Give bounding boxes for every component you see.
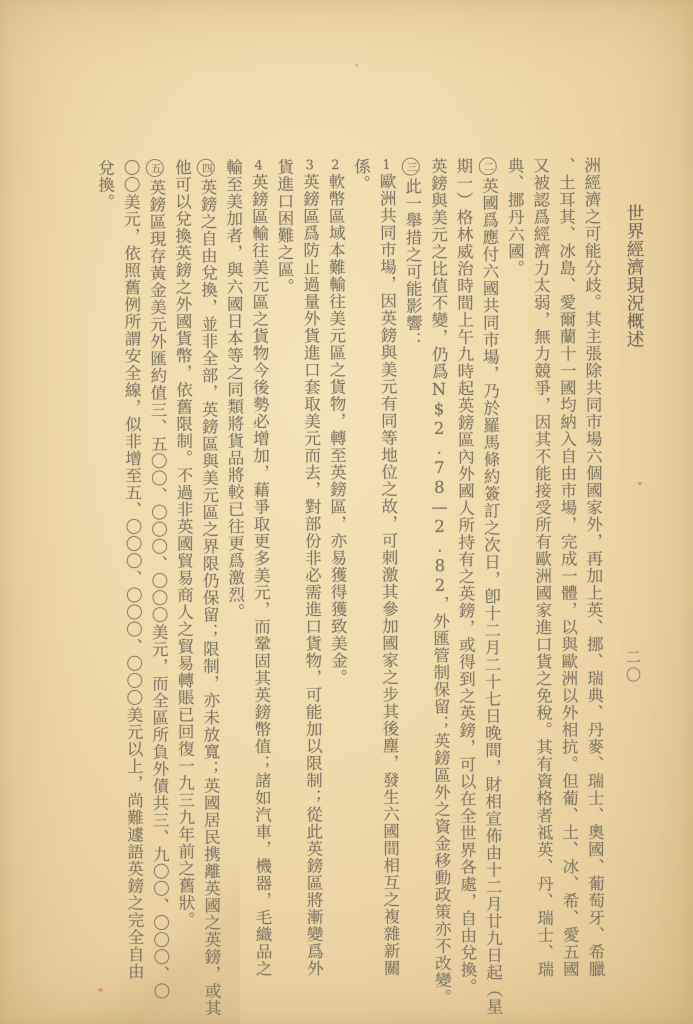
column-text: 英國爲應付六國共同市場，乃於羅馬條約簽訂之次日，卽十二月二十七日晚間，財相宣佈由… [479,177,502,1015]
item-number: 4 [251,158,266,173]
text-column: 貨進口困難之區。 [271,158,301,1022]
page-number: 二〇 [623,649,644,685]
text-column: 1歐洲共同市場，因英鎊與美元有同等地位之故，可刺激其參加國家之步其後塵，發生六國… [373,158,403,1022]
text-column: 三此一舉措之可能影響： [399,158,429,1022]
text-column: 輸至美加者，與六國日本等之同類將貨品將較已往更爲激烈。 [220,159,250,1023]
paper-speck [638,482,642,485]
column-text: 典、挪丹六國。 [505,157,525,277]
column-text: 、土耳其、冰島、愛爾蘭十一國均納入自由市場，完成一體，以與歐洲以外相抗。但葡、土… [556,157,579,978]
column-text: 英鎊與美元之比值不變，仍爲N$2.78—2.82，外匯管制保留；英鎊區外之資金移… [428,157,451,1005]
text-columns: 洲經濟之可能分歧。其主張除共同市場六個國家外，再加上英、挪、瑞典、丹麥、瑞士、奧… [92,157,609,1024]
item-number: 2 [328,158,343,173]
column-text: 貨進口困難之區。 [275,158,295,295]
column-text: 英鎊之自由兌換，並非全部，英鎊區與美元區之界限仍保留；限制，亦未放寬；英國居民携… [198,179,221,1017]
column-text: 輸至美加者，與六國日本等之同類將貨品將較已往更爲激烈。 [223,159,244,621]
text-column: 係。 [348,158,378,1022]
text-column: 又被認爲經濟力太弱，無力競爭，因其不能接受所有歐洲國家進口貨之免稅。其有資格者祗… [527,157,557,1021]
section-marker: 四 [197,159,215,177]
column-text: 英鎊區現存黃金美元外匯約值三、五〇〇、〇〇〇、〇〇〇美元，而全區所負外債共三、九… [147,179,170,1000]
item-number: 1 [379,158,394,173]
section-marker: 五 [146,159,164,177]
column-text: 洲經濟之可能分歧。其主張除共同市場六個國家外，再加上英、挪、瑞典、丹麥、瑞士、奧… [582,157,605,978]
document-title: 世界經濟現況概述 [622,204,647,348]
column-text: 此一舉措之可能影響： [403,178,423,349]
column-text: 又被認爲經濟力太弱，無力競爭，因其不能接受所有歐洲國家進口貨之免稅。其有資格者祗… [531,157,554,978]
column-text: 係。 [351,158,370,192]
section-marker: 二 [478,157,496,175]
text-column: 3英鎊區爲防止過量外貨進口套取美元而去，對部份非必需進口貨物，可能加以限制；從此… [297,158,327,1022]
column-text: 他可以兌換英鎊之外國貨幣，依舊限制。不過非英國貿易商人之貿易轉賬已回復一九三九年… [172,159,195,929]
paper-speck [355,64,358,67]
text-column: 洲經濟之可能分歧。其主張除共同市場六個國家外，再加上英、挪、瑞典、丹麥、瑞士、奧… [578,157,608,1021]
column-text: 英鎊區輸往美元區之貨物今後勢必增加，藉爭取更多美元，而鞏固其英鎊幣值；諸如汽車，… [249,173,272,977]
column-text: 英鎊區爲防止過量外貨進口套取美元而去，對部份非必需進口貨物，可能加以限制；從此英… [300,173,323,977]
section-marker: 三 [402,158,420,176]
column-text: 軟幣區域本難輸往美元區之貨物，轉至英鎊區，亦易獲得獲致美金。 [326,173,348,686]
column-text: 期一）格林威治時間上午九時起英鎊區內外國人所持有之英鎊，或得到之英鎊，可以在全世… [454,157,477,995]
text-column: 2軟幣區域本難輸往美元區之貨物，轉至英鎊區，亦易獲得獲致美金。 [322,158,352,1022]
text-column: 〇〇美元，依照舊例所謂安全線，似非增至五、〇〇〇、〇〇〇、〇〇〇美元以上，尚難遽… [117,159,147,1023]
text-column: 英鎊與美元之比值不變，仍爲N$2.78—2.82，外匯管制保留；英鎊區外之資金移… [425,157,455,1021]
scanned-document-page: 世界經濟現況概述 二〇 洲經濟之可能分歧。其主張除共同市場六個國家外，再加上英、… [0,0,693,1024]
column-text: 兌換。 [95,159,114,210]
text-column: 五英鎊區現存黃金美元外匯約值三、五〇〇、〇〇〇、〇〇〇美元，而全區所負外債共三、… [143,159,173,1023]
text-column: 4英鎊區輸往美元區之貨物今後勢必增加，藉爭取更多美元，而鞏固其英鎊幣值；諸如汽車… [245,158,275,1022]
column-text: 〇〇美元，依照舊例所謂安全線，似非增至五、〇〇〇、〇〇〇、〇〇〇美元以上，尚難遽… [121,159,144,980]
text-column: 、土耳其、冰島、愛爾蘭十一國均納入自由市場，完成一體，以與歐洲以外相抗。但葡、土… [553,157,583,1021]
text-column: 他可以兌換英鎊之外國貨幣，依舊限制。不過非英國貿易商人之貿易轉賬已回復一九三九年… [169,159,199,1023]
text-column: 期一）格林威治時間上午九時起英鎊區內外國人所持有之英鎊，或得到之英鎊，可以在全世… [450,157,480,1021]
column-text: 歐洲共同市場，因英鎊與美元有同等地位之故，可刺激其參加國家之步其後塵，發生六國間… [377,173,400,977]
text-column: 二英國爲應付六國共同市場，乃於羅馬條約簽訂之次日，卽十二月二十七日晚間，財相宣佈… [476,157,506,1021]
item-number: 3 [302,158,317,173]
text-column: 四英鎊之自由兌換，並非全部，英鎊區與美元區之界限仍保留；限制，亦未放寬；英國居民… [194,159,224,1023]
